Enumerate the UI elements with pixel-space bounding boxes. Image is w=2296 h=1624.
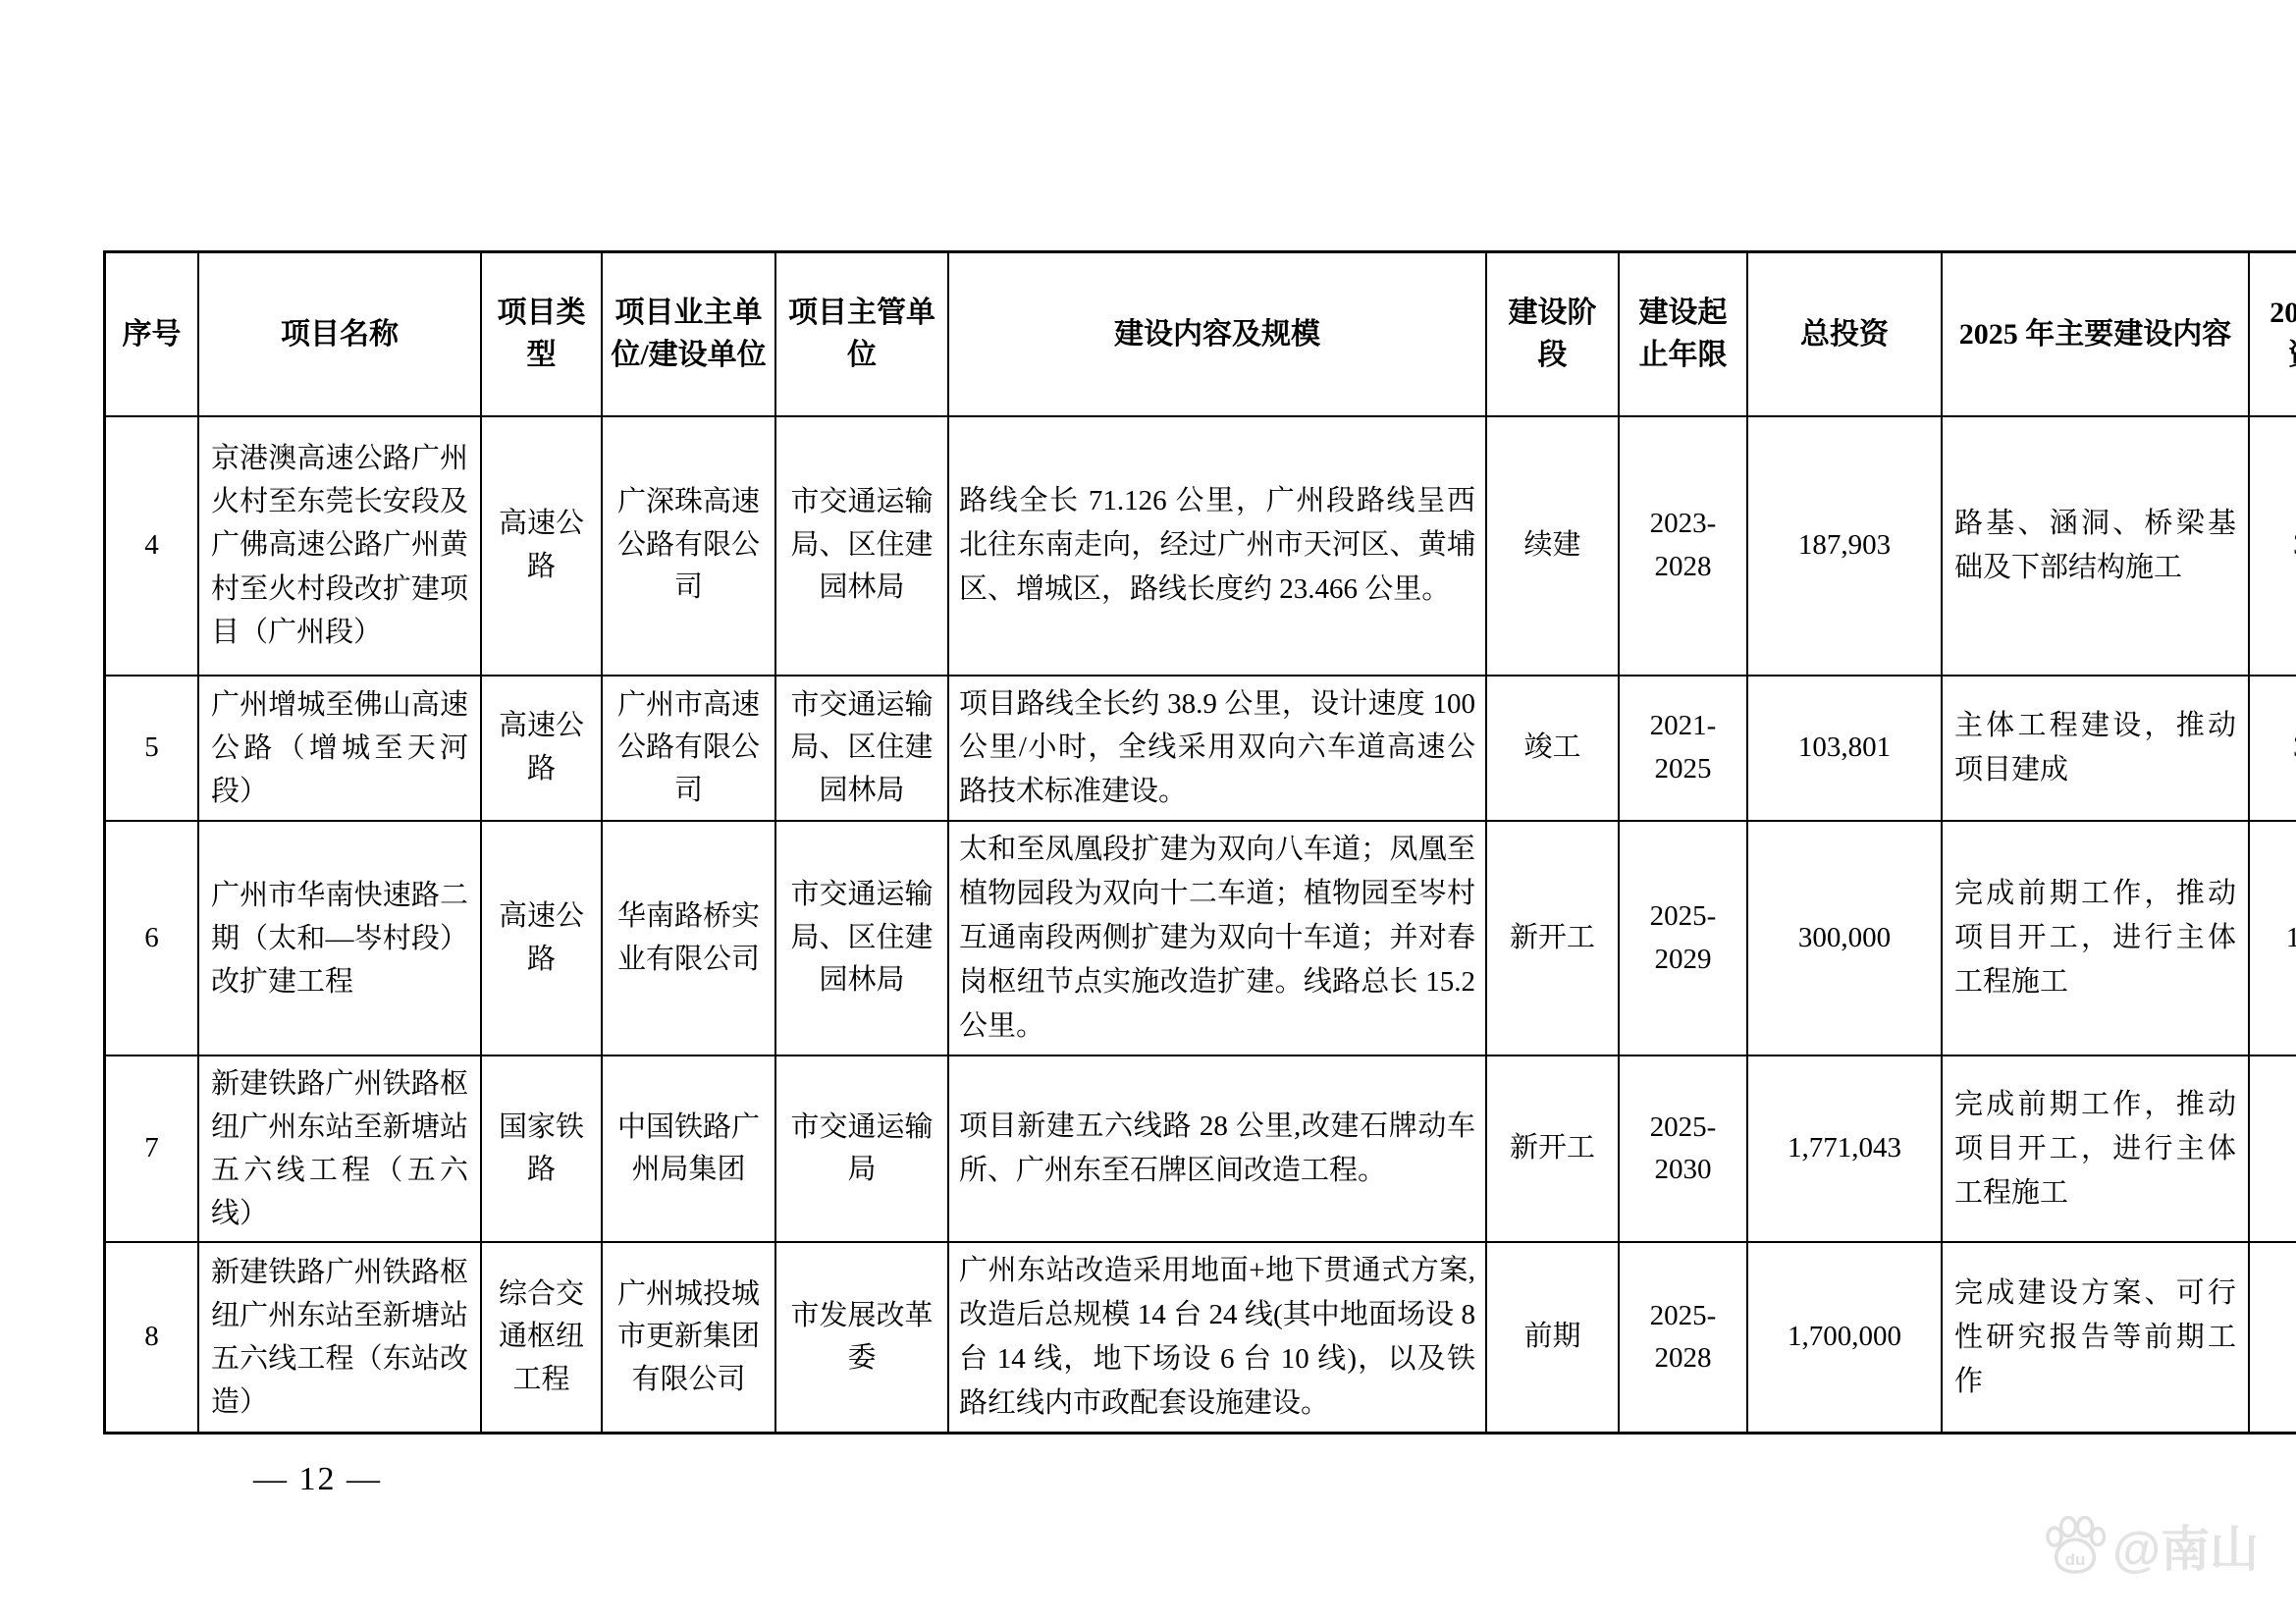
cell-supervisor_unit: 市交通运输局、区住建园林局 (775, 676, 948, 822)
cell-owner_unit: 中国铁路广州局集团 (602, 1056, 775, 1242)
cell-type: 国家铁路 (481, 1056, 602, 1242)
cell-plan_2025: 32,500 (2249, 676, 2296, 822)
cell-content_scale: 路线全长 71.126 公里，广州段路线呈西北往东南走向，经过广州市天河区、黄埔… (948, 416, 1486, 676)
cell-type: 高速公路 (481, 821, 602, 1056)
document-page: 序号项目名称项目类型项目业主单位/建设单位项目主管单位建设内容及规模建设阶段建设… (0, 0, 2296, 1624)
cell-name: 京港澳高速公路广州火村至东莞长安段及广佛高速公路广州黄村至火村段改扩建项目（广州… (198, 416, 481, 676)
cell-stage: 续建 (1486, 416, 1619, 676)
cell-owner_unit: 广深珠高速公路有限公司 (602, 416, 775, 676)
header-row: 序号项目名称项目类型项目业主单位/建设单位项目主管单位建设内容及规模建设阶段建设… (105, 252, 2296, 416)
column-header-period: 建设起止年限 (1619, 252, 1747, 416)
column-header-total_investment: 总投资 (1747, 252, 1942, 416)
svg-text:du: du (2065, 1550, 2086, 1569)
cell-owner_unit: 华南路桥实业有限公司 (602, 821, 775, 1056)
cell-content_scale: 项目路线全长约 38.9 公里，设计速度 100 公里/小时，全线采用双向六车道… (948, 676, 1486, 822)
cell-total_investment: 1,771,043 (1747, 1056, 1942, 1242)
cell-total_investment: 1,700,000 (1747, 1242, 1942, 1433)
cell-name: 广州市华南快速路二期（太和—岑村段）改扩建工程 (198, 821, 481, 1056)
column-header-owner_unit: 项目业主单位/建设单位 (602, 252, 775, 416)
baidu-paw-icon: du (2042, 1516, 2107, 1575)
cell-stage: 竣工 (1486, 676, 1619, 822)
table-row: 5广州增城至佛山高速公路（增城至天河段）高速公路广州市高速公路有限公司市交通运输… (105, 676, 2296, 822)
table-row: 6广州市华南快速路二期（太和—岑村段）改扩建工程高速公路华南路桥实业有限公司市交… (105, 821, 2296, 1056)
cell-content_scale: 项目新建五六线路 28 公里,改建石牌动车所、广州东至石牌区间改造工程。 (948, 1056, 1486, 1242)
table-head: 序号项目名称项目类型项目业主单位/建设单位项目主管单位建设内容及规模建设阶段建设… (105, 252, 2296, 416)
watermark-text: @南山 (2112, 1510, 2259, 1581)
cell-supervisor_unit: 市交通运输局 (775, 1056, 948, 1242)
column-header-type: 项目类型 (481, 252, 602, 416)
cell-supervisor_unit: 市交通运输局、区住建园林局 (775, 821, 948, 1056)
cell-period: 2023-2028 (1619, 416, 1747, 676)
cell-main_2025: 完成建设方案、可行性研究报告等前期工作 (1942, 1242, 2249, 1433)
cell-plan_2025: 1,000 (2249, 1242, 2296, 1433)
cell-period: 2025-2028 (1619, 1242, 1747, 1433)
cell-name: 广州增城至佛山高速公路（增城至天河段） (198, 676, 481, 822)
column-header-supervisor_unit: 项目主管单位 (775, 252, 948, 416)
cell-main_2025: 路基、涵洞、桥梁基础及下部结构施工 (1942, 416, 2249, 676)
column-header-content_scale: 建设内容及规模 (948, 252, 1486, 416)
table-body: 4京港澳高速公路广州火村至东莞长安段及广佛高速公路广州黄村至火村段改扩建项目（广… (105, 416, 2296, 1434)
cell-period: 2025-2029 (1619, 821, 1747, 1056)
cell-owner_unit: 广州市高速公路有限公司 (602, 676, 775, 822)
cell-main_2025: 主体工程建设，推动项目建成 (1942, 676, 2249, 822)
cell-supervisor_unit: 市交通运输局、区住建园林局 (775, 416, 948, 676)
cell-supervisor_unit: 市发展改革委 (775, 1242, 948, 1433)
table-row: 7新建铁路广州铁路枢纽广州东站至新塘站五六线工程（五六线）国家铁路中国铁路广州局… (105, 1056, 2296, 1242)
cell-main_2025: 完成前期工作，推动项目开工，进行主体工程施工 (1942, 1056, 2249, 1242)
column-header-no: 序号 (105, 252, 199, 416)
column-header-plan_2025: 2025 年投资计划 (2249, 252, 2296, 416)
cell-no: 6 (105, 821, 199, 1056)
cell-no: 7 (105, 1056, 199, 1242)
column-header-stage: 建设阶段 (1486, 252, 1619, 416)
cell-stage: 新开工 (1486, 1056, 1619, 1242)
table-row: 8新建铁路广州铁路枢纽广州东站至新塘站五六线工程（东站改造）综合交通枢纽工程广州… (105, 1242, 2296, 1433)
cell-type: 综合交通枢纽工程 (481, 1242, 602, 1433)
cell-plan_2025: 168,000 (2249, 821, 2296, 1056)
project-plan-table: 序号项目名称项目类型项目业主单位/建设单位项目主管单位建设内容及规模建设阶段建设… (103, 250, 2296, 1435)
cell-main_2025: 完成前期工作，推动项目开工，进行主体工程施工 (1942, 821, 2249, 1056)
cell-owner_unit: 广州城投城市更新集团有限公司 (602, 1242, 775, 1433)
column-header-name: 项目名称 (198, 252, 481, 416)
cell-no: 8 (105, 1242, 199, 1433)
cell-type: 高速公路 (481, 676, 602, 822)
cell-content_scale: 太和至凤凰段扩建为双向八车道；凤凰至植物园段为双向十二车道；植物园至岑村互通南段… (948, 821, 1486, 1056)
cell-content_scale: 广州东站改造采用地面+地下贯通式方案,改造后总规模 14 台 24 线(其中地面… (948, 1242, 1486, 1433)
cell-stage: 前期 (1486, 1242, 1619, 1433)
cell-total_investment: 103,801 (1747, 676, 1942, 822)
cell-period: 2025-2030 (1619, 1056, 1747, 1242)
table-row: 4京港澳高速公路广州火村至东莞长安段及广佛高速公路广州黄村至火村段改扩建项目（广… (105, 416, 2296, 676)
cell-name: 新建铁路广州铁路枢纽广州东站至新塘站五六线工程（东站改造） (198, 1242, 481, 1433)
cell-name: 新建铁路广州铁路枢纽广州东站至新塘站五六线工程（五六线） (198, 1056, 481, 1242)
watermark: du @南山 (2042, 1510, 2259, 1581)
cell-plan_2025: 30,000 (2249, 416, 2296, 676)
cell-no: 5 (105, 676, 199, 822)
cell-total_investment: 300,000 (1747, 821, 1942, 1056)
cell-no: 4 (105, 416, 199, 676)
cell-total_investment: 187,903 (1747, 416, 1942, 676)
cell-stage: 新开工 (1486, 821, 1619, 1056)
cell-type: 高速公路 (481, 416, 602, 676)
page-number: — 12 — (253, 1461, 382, 1498)
column-header-main_2025: 2025 年主要建设内容 (1942, 252, 2249, 416)
cell-plan_2025: 10000 (2249, 1056, 2296, 1242)
cell-period: 2021-2025 (1619, 676, 1747, 822)
